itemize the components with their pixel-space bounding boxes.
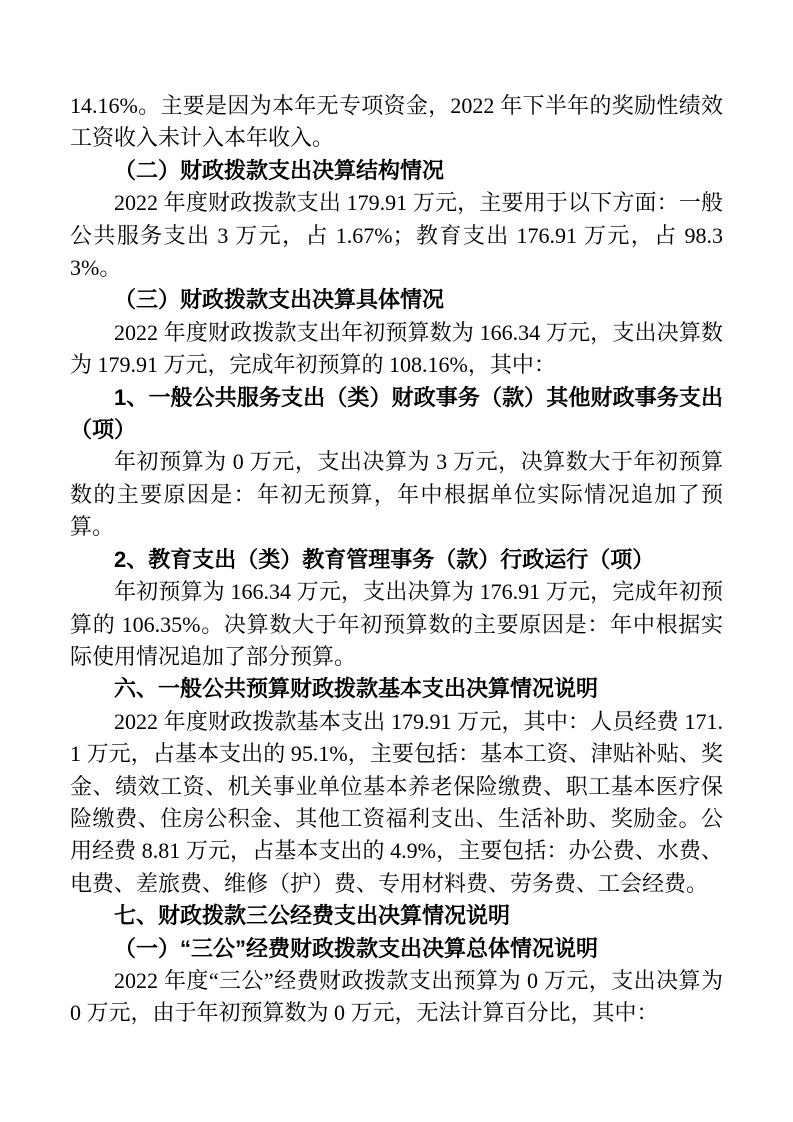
document-body: 14.16%。主要是因为本年无专项资金，2022 年下半年的奖励性绩效工资收入未… <box>0 0 793 1030</box>
section-heading: 1、一般公共服务支出（类）财政事务（款）其他财政事务支出（项） <box>70 382 723 447</box>
body-paragraph: 14.16%。主要是因为本年无专项资金，2022 年下半年的奖励性绩效工资收入未… <box>70 90 723 155</box>
section-heading: （二）财政拨款支出决算结构情况 <box>70 155 723 187</box>
section-heading: （三）财政拨款支出决算具体情况 <box>70 284 723 316</box>
body-paragraph: 2022 年度财政拨款支出 179.91 万元，主要用于以下方面：一般公共服务支… <box>70 187 723 284</box>
body-paragraph: 2022 年度“三公”经费财政拨款支出预算为 0 万元，支出决算为 0 万元，由… <box>70 965 723 1030</box>
body-paragraph: 2022 年度财政拨款支出年初预算数为 166.34 万元，支出决算数为 179… <box>70 317 723 382</box>
section-heading: 2、教育支出（类）教育管理事务（款）行政运行（项） <box>70 544 723 576</box>
section-heading: 七、财政拨款三公经费支出决算情况说明 <box>70 900 723 932</box>
document-page: 14.16%。主要是因为本年无专项资金，2022 年下半年的奖励性绩效工资收入未… <box>0 0 793 1122</box>
body-paragraph: 2022 年度财政拨款基本支出 179.91 万元，其中：人员经费 171.1 … <box>70 706 723 900</box>
body-paragraph: 年初预算为 166.34 万元，支出决算为 176.91 万元，完成年初预算的 … <box>70 576 723 673</box>
section-heading: 六、一般公共预算财政拨款基本支出决算情况说明 <box>70 673 723 705</box>
section-heading: （一）“三公”经费财政拨款支出决算总体情况说明 <box>70 933 723 965</box>
body-paragraph: 年初预算为 0 万元，支出决算为 3 万元，决算数大于年初预算数的主要原因是：年… <box>70 446 723 543</box>
